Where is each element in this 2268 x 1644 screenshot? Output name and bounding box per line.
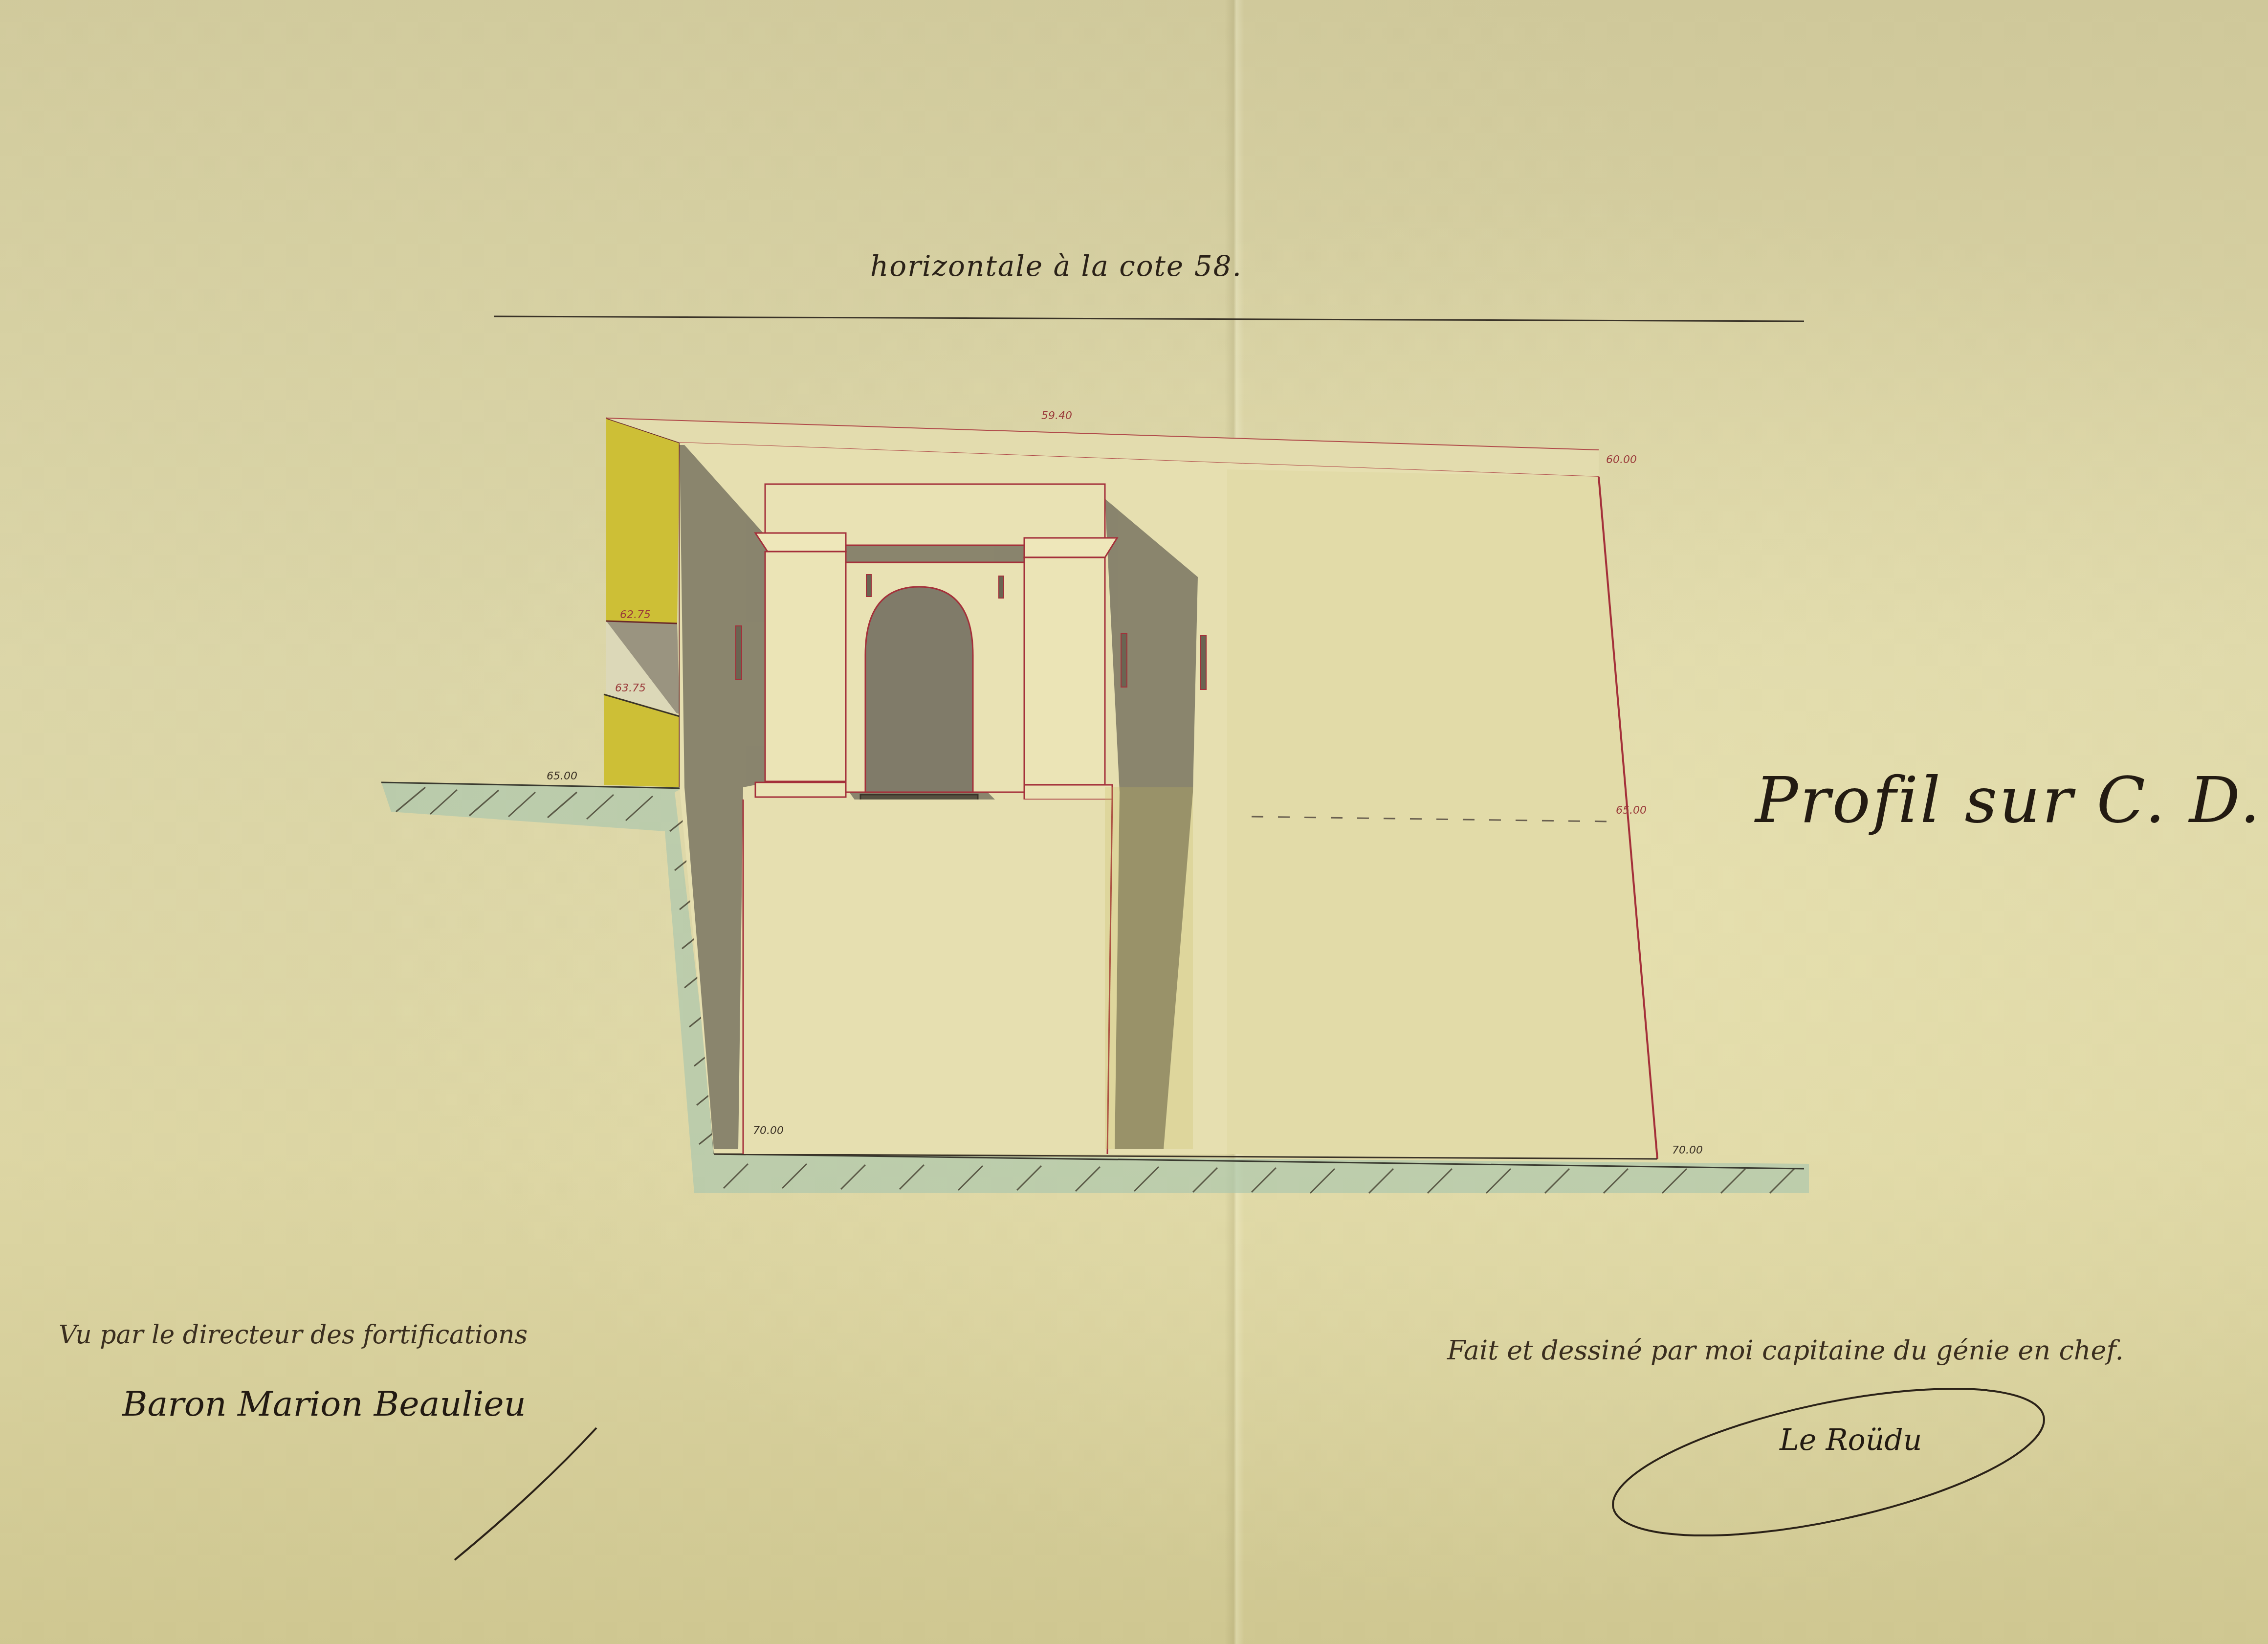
signature-flourishes <box>0 0 2268 1644</box>
signature-paraph <box>1601 1359 2056 1565</box>
drawing-sheet: horizontale à la cote 58. Profil sur C. … <box>0 0 2268 1644</box>
signature-stroke <box>455 1428 596 1560</box>
